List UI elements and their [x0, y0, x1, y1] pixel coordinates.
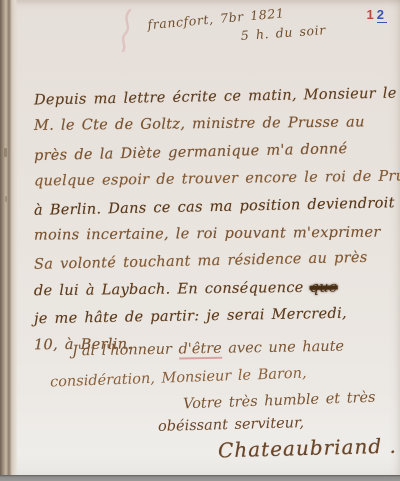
closing-line-1-prefix: J'ai l'honneur [72, 342, 179, 360]
signature: Chateaubriand . [218, 434, 397, 463]
closing-line-1-suffix: avec une haute [222, 339, 345, 357]
page-number-red-digit: 1 [367, 7, 377, 22]
letter-body: Depuis ma lettre écrite ce matin, Monsie… [34, 84, 398, 358]
paper-speck [5, 196, 7, 202]
paper-speck [4, 148, 7, 157]
scan-bottom-edge [0, 475, 400, 481]
page-number-stamp: 12 [367, 7, 387, 22]
letter-scan: 12 francfort, 7br 1821 5 h. du soir Depu… [0, 0, 400, 481]
closing-line-1-underlined: d'être [178, 341, 222, 360]
letter-line-text: de lui à Laybach. En conséquence [34, 280, 304, 299]
struck-out-word: que [309, 279, 337, 295]
letter-line: je me hâte de partir: je serai Mercredi, [34, 300, 398, 334]
paper-left-edge [0, 0, 18, 475]
page-number-blue-digit: 2 [377, 7, 387, 23]
red-pencil-squiggle [108, 8, 144, 52]
